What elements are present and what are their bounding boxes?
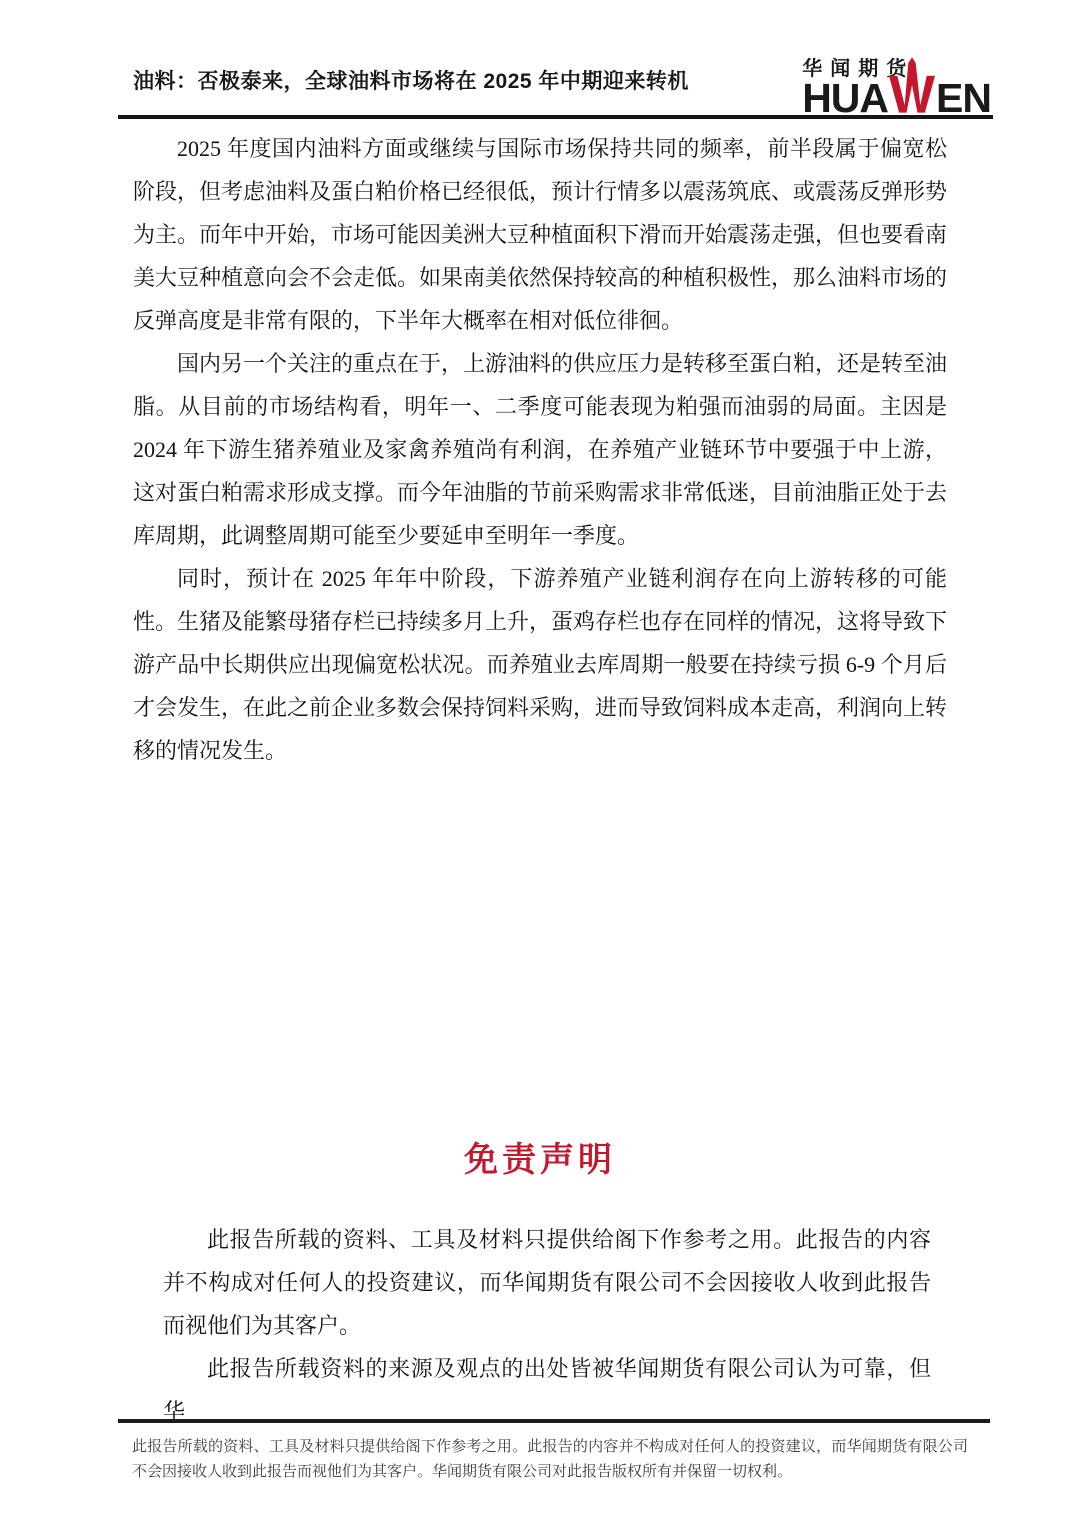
footer-rule (118, 1419, 990, 1423)
huawen-logo: 华闻期货 HUA EN (802, 58, 991, 115)
page-header: 油料：否极泰来，全球油料市场将在 2025 年中期迎来转机 华闻期货 HUA E… (118, 0, 993, 119)
report-page: 油料：否极泰来，全球油料市场将在 2025 年中期迎来转机 华闻期货 HUA E… (0, 0, 1080, 1527)
report-title: 油料：否极泰来，全球油料市场将在 2025 年中期迎来转机 (133, 65, 689, 115)
red-w-checkmark-icon (889, 56, 935, 114)
logo-latin-right: EN (936, 82, 991, 114)
disclaimer-heading: 免责声明 (0, 1132, 1080, 1181)
logo-latin-text: HUA EN (802, 80, 991, 114)
body-paragraph: 同时，预计在 2025 年年中阶段，下游养殖产业链利润存在向上游转移的可能性。生… (133, 557, 947, 772)
disclaimer-body: 此报告所载的资料、工具及材料只提供给阁下作参考之用。此报告的内容并不构成对任何人… (163, 1218, 931, 1433)
page-footer: 此报告所载的资料、工具及材料只提供给阁下作参考之用。此报告的内容并不构成对任何人… (118, 1419, 990, 1484)
body-paragraph: 2025 年度国内油料方面或继续与国际市场保持共同的频率，前半段属于偏宽松阶段，… (133, 127, 947, 342)
logo-latin-left: HUA (802, 82, 888, 114)
body-paragraph: 国内另一个关注的重点在于，上游油料的供应压力是转移至蛋白粕，还是转至油脂。从目前… (133, 342, 947, 557)
footer-disclaimer-text: 此报告所载的资料、工具及材料只提供给阁下作参考之用。此报告的内容并不构成对任何人… (132, 1434, 968, 1484)
report-body: 2025 年度国内油料方面或继续与国际市场保持共同的频率，前半段属于偏宽松阶段，… (133, 127, 947, 772)
disclaimer-paragraph: 此报告所载的资料、工具及材料只提供给阁下作参考之用。此报告的内容并不构成对任何人… (163, 1218, 931, 1347)
